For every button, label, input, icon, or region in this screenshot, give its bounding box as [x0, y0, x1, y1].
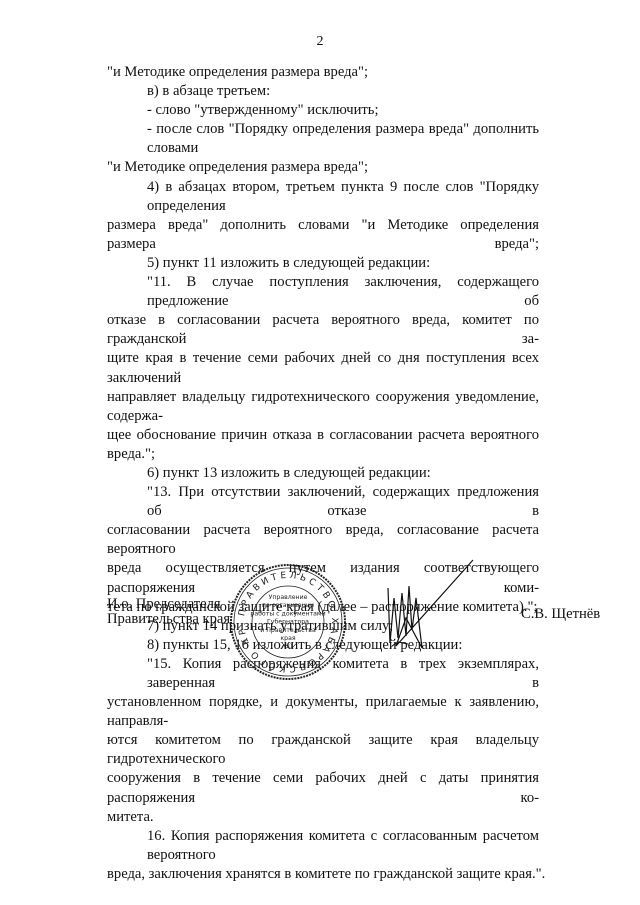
document-body: "и Методике определения размера вреда";в…: [107, 63, 539, 884]
text-line: установленном порядке, и документы, прил…: [107, 693, 539, 731]
stamp-inner-line: (2): [284, 643, 293, 650]
handwritten-signature: [378, 558, 478, 658]
text-line: вреда, заключения хранятся в комитете по…: [107, 865, 539, 884]
text-line: размера вреда" дополнить словами "и Мето…: [107, 216, 539, 254]
text-line: ются комитетом по гражданской защите кра…: [107, 731, 539, 769]
signatory-title-line-1: И.о. Председателя: [107, 597, 230, 612]
text-line: 5) пункт 11 изложить в следующей редакци…: [107, 254, 539, 273]
stamp-inner-line: по организации: [262, 602, 314, 609]
text-line: "и Методике определения размера вреда";: [107, 63, 539, 82]
text-line: 16. Копия распоряжения комитета с соглас…: [107, 827, 539, 865]
text-line: отказе в согласовании расчета вероятного…: [107, 311, 539, 349]
signatory-title-line-2: Правительства края: [107, 612, 230, 627]
text-line: сооружения в течение семи рабочих дней с…: [107, 769, 539, 807]
text-line: "13. При отсутствии заключений, содержащ…: [107, 483, 539, 521]
text-line: 4) в абзацах втором, третьем пункта 9 по…: [107, 178, 539, 216]
text-line: согласовании расчета вероятного вреда, с…: [107, 521, 539, 559]
signatory-title: И.о. Председателя Правительства края: [107, 597, 230, 627]
stamp-inner-line: и Правительства: [260, 627, 316, 634]
stamp-inner-line: края: [280, 635, 295, 642]
page-number: 2: [0, 34, 640, 50]
stamp-inner-line: работы с документами: [250, 609, 325, 617]
stamp-inner-line: Губернатора: [267, 618, 309, 626]
text-line: щее обоснование причин отказа в согласов…: [107, 426, 539, 464]
text-line: направляет владельцу гидротехнического с…: [107, 388, 539, 426]
text-line: 6) пункт 13 изложить в следующей редакци…: [107, 464, 539, 483]
text-line: в) в абзаце третьем:: [107, 82, 539, 101]
signatory-name: С.В. Щетнёв: [521, 606, 600, 623]
text-line: - после слов "Порядку определения размер…: [107, 120, 539, 158]
text-line: "и Методике определения размера вреда";: [107, 158, 539, 177]
text-line: митета.: [107, 808, 539, 827]
text-line: - слово "утвержденному" исключить;: [107, 101, 539, 120]
official-seal-stamp: ПРАВИТЕЛЬСТВО ХАБАРОВСКОГО КРАЯ Управлен…: [228, 560, 348, 685]
stamp-inner-line: Управление: [269, 594, 308, 601]
text-line: "11. В случае поступления заключения, со…: [107, 273, 539, 311]
text-line: щите края в течение семи рабочих дней со…: [107, 349, 539, 387]
